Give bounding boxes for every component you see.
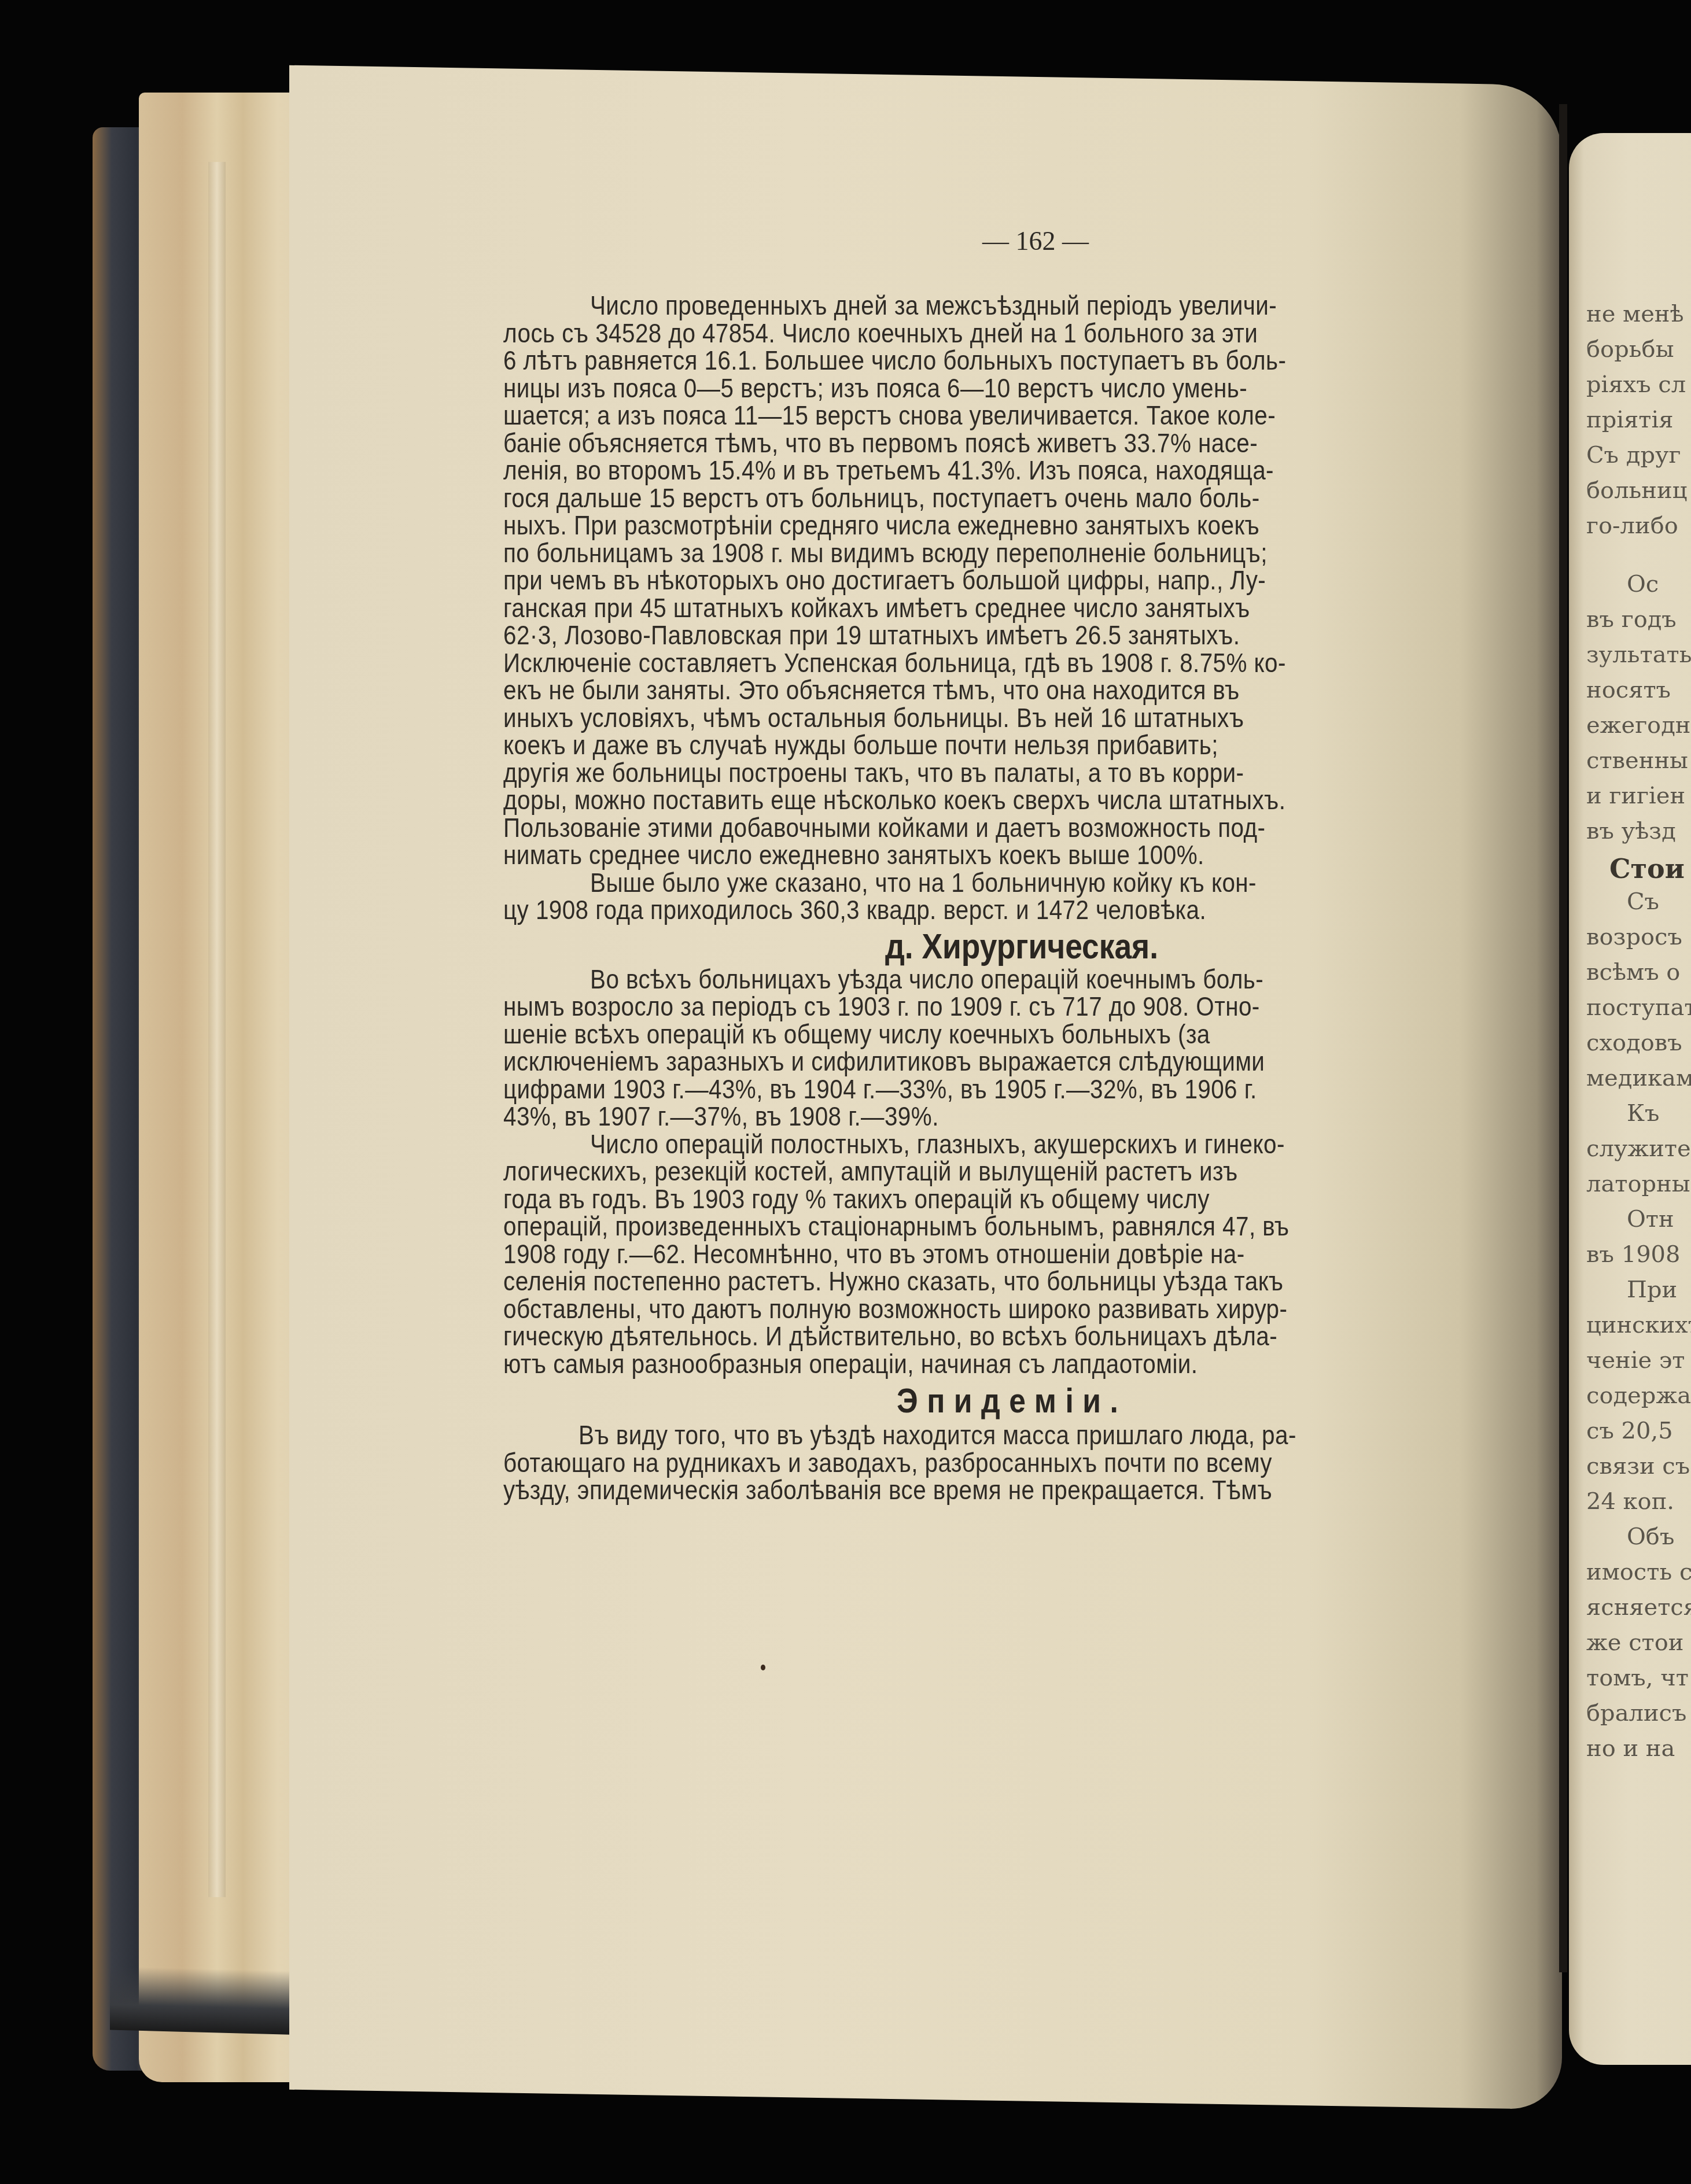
facing-page-line: Объ — [1627, 1523, 1674, 1550]
facing-page-line: Къ — [1627, 1100, 1659, 1127]
facing-page-line: въ уѣзд — [1586, 818, 1676, 844]
facing-page-line: ясняется — [1586, 1594, 1691, 1621]
facing-page-line: служите — [1586, 1135, 1691, 1162]
facing-page-line: съ 20,5 — [1586, 1418, 1673, 1444]
facing-page-line: борьбы — [1586, 336, 1674, 363]
ink-speck — [761, 1665, 765, 1670]
facing-page-line: Ос — [1627, 571, 1659, 597]
facing-page-line: латорны — [1586, 1171, 1690, 1197]
section-heading-surgical: д. Хирургическая. — [885, 926, 1158, 967]
facing-page-line: связи съ — [1586, 1453, 1690, 1480]
facing-page-line: Стои — [1609, 853, 1685, 884]
facing-page-line: возросъ — [1586, 924, 1682, 950]
facing-page-line: томъ, чт — [1586, 1665, 1689, 1691]
facing-page-line: въ 1908 — [1586, 1241, 1680, 1268]
facing-page-line: ственны — [1586, 747, 1688, 774]
facing-page-line: Отн — [1627, 1206, 1674, 1233]
facing-page: не менѣборьбыріяхъ слпріятіяСъ другбольн… — [1569, 133, 1691, 2065]
facing-page-line: носятъ — [1586, 677, 1671, 703]
facing-page-line: же стои — [1586, 1629, 1683, 1656]
facing-page-line: ченіе эт — [1586, 1347, 1685, 1374]
facing-page-line: сходовъ — [1586, 1030, 1682, 1056]
facing-page-line: поступат — [1586, 994, 1691, 1021]
facing-page-line: го-либо — [1586, 512, 1678, 539]
facing-page-line: содержа — [1586, 1382, 1691, 1409]
facing-page-line: ріяхъ сл — [1586, 371, 1686, 398]
page-number: — 162 — — [949, 226, 1122, 256]
facing-page-line: Съ друг — [1586, 442, 1681, 468]
facing-page-line: Съ — [1627, 888, 1659, 915]
text-line: цу 1908 года приходилось 360,3 квадр. ве… — [503, 894, 1206, 925]
facing-page-line: пріятія — [1586, 407, 1673, 433]
section-heading-epidemics: Эпидеміи. — [897, 1381, 1127, 1421]
text-line: уѣзду, эпидемическія заболѣванія все вре… — [503, 1474, 1272, 1506]
page-fold — [208, 162, 226, 1897]
facing-page-line: 24 коп. — [1586, 1488, 1674, 1515]
facing-page-line: цинскихъ — [1586, 1312, 1691, 1338]
facing-page-line: бралисъ — [1586, 1700, 1686, 1726]
facing-page-line: и гигіен — [1586, 783, 1685, 809]
facing-page-line: больниц — [1586, 477, 1687, 504]
facing-page-line: медикам — [1586, 1065, 1691, 1091]
facing-page-line: всѣмъ о — [1586, 959, 1680, 986]
facing-page-line: въ годъ — [1586, 606, 1677, 633]
page-stack-edge — [139, 93, 312, 2082]
book-gutter — [1559, 104, 1567, 1972]
facing-page-line: не менѣ — [1586, 301, 1684, 327]
facing-page-line: зультаты — [1586, 641, 1691, 668]
facing-page-line: ежегодн — [1586, 712, 1690, 739]
text-line: ютъ самыя разнообразныя операціи, начина… — [503, 1348, 1198, 1379]
facing-page-line: При — [1627, 1277, 1677, 1303]
facing-page-line: но и на — [1586, 1735, 1675, 1762]
facing-page-line: имость с — [1586, 1559, 1691, 1585]
